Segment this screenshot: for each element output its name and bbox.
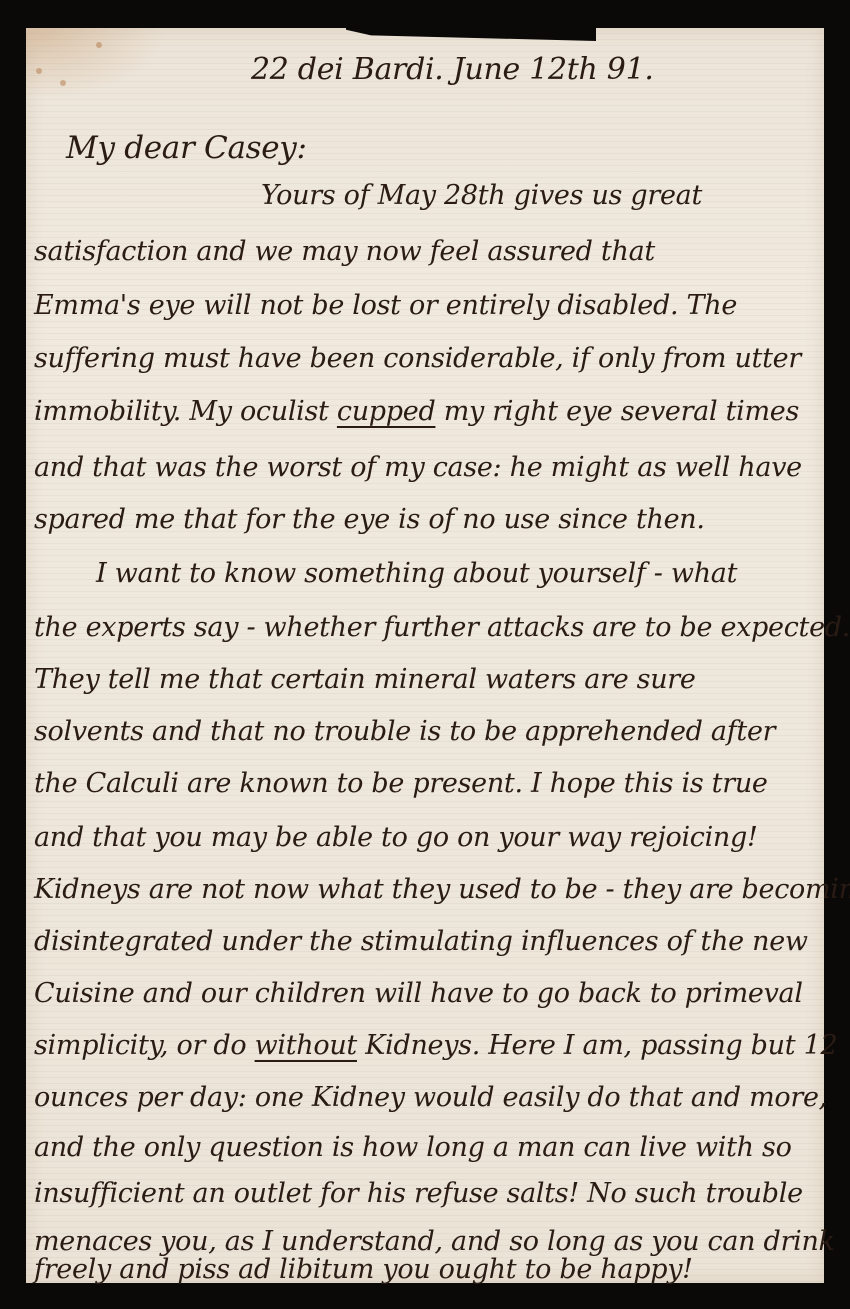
letter-line: suffering must have been considerable, i… — [34, 343, 824, 374]
line-text: simplicity, or do — [34, 1030, 246, 1061]
line-text: my right eye several times — [444, 396, 799, 427]
letter-line: Cuisine and our children will have to go… — [34, 978, 824, 1009]
letter-line: Kidneys are not now what they used to be… — [34, 874, 824, 905]
letter-line: freely and piss ad libitum you ought to … — [34, 1254, 824, 1285]
underlined-word: without — [255, 1030, 357, 1061]
letter-line: Emma's eye will not be lost or entirely … — [34, 290, 824, 321]
salutation: My dear Casey: — [66, 130, 824, 166]
letter-line: simplicity, or do without Kidneys. Here … — [34, 1030, 824, 1061]
line-text: Kidneys. Here I am, passing but 12 — [365, 1030, 837, 1061]
letter-line: satisfaction and we may now feel assured… — [34, 236, 824, 267]
letter-page: 22 dei Bardi. June 12th 91. My dear Case… — [26, 28, 824, 1283]
letter-line: They tell me that certain mineral waters… — [34, 664, 824, 695]
dateline: 22 dei Bardi. June 12th 91. — [251, 52, 824, 87]
letter-line: immobility. My oculist cupped my right e… — [34, 396, 824, 427]
paper-stain — [26, 28, 166, 98]
letter-line: insufficient an outlet for his refuse sa… — [34, 1178, 824, 1209]
letter-line: and the only question is how long a man … — [34, 1132, 824, 1163]
letter-line: Yours of May 28th gives us great — [261, 180, 824, 211]
letter-line: the Calculi are known to be present. I h… — [34, 768, 824, 799]
letter-line: ounces per day: one Kidney would easily … — [34, 1082, 824, 1113]
letter-line: the experts say - whether further attack… — [34, 612, 824, 643]
underlined-word: cupped — [337, 396, 436, 427]
letter-line: disintegrated under the stimulating infl… — [34, 926, 824, 957]
foxing-spot — [60, 80, 66, 86]
letter-line: I want to know something about yourself … — [96, 558, 824, 589]
line-text: immobility. My oculist — [34, 396, 329, 427]
letter-line: and that you may be able to go on your w… — [34, 822, 824, 853]
letter-line: and that was the worst of my case: he mi… — [34, 452, 824, 483]
letter-line: menaces you, as I understand, and so lon… — [34, 1226, 824, 1257]
torn-edge — [346, 27, 596, 41]
letter-line: spared me that for the eye is of no use … — [34, 504, 824, 535]
foxing-spot — [96, 42, 102, 48]
foxing-spot — [36, 68, 42, 74]
letter-line: solvents and that no trouble is to be ap… — [34, 716, 824, 747]
